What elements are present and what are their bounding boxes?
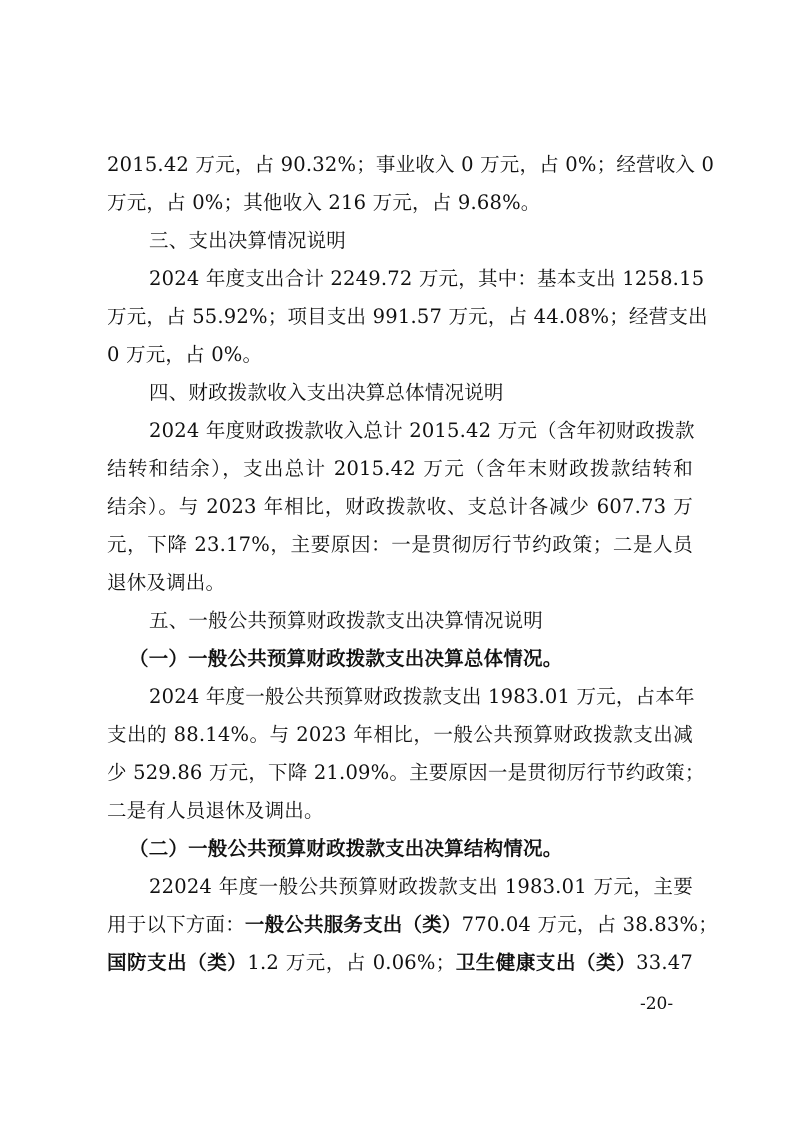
section-heading-5: 五、一般公共预算财政拨款支出决算情况说明 [149, 602, 693, 640]
paragraph-line: 结转和结余），支出总计 2015.42 万元（含年末财政拨款结转和 [107, 450, 693, 488]
paragraph-line-mixed: 用于以下方面：一般公共服务支出（类）770.04 万元，占 38.83%； [107, 906, 693, 944]
text-plain: 33.47 [636, 951, 693, 974]
paragraph-line-mixed: 国防支出（类）1.2 万元，占 0.06%；卫生健康支出（类）33.47 [107, 944, 693, 982]
document-page: 2015.42 万元，占 90.32%；事业收入 0 万元，占 0%；经营收入 … [0, 0, 793, 1122]
paragraph-line: 万元，占 55.92%；项目支出 991.57 万元，占 44.08%；经营支出 [107, 298, 693, 336]
category-general-public-services: 一般公共服务支出（类） [245, 913, 462, 936]
paragraph-line: 万元，占 0%；其他收入 216 万元，占 9.68%。 [107, 184, 693, 222]
paragraph-line: 元，下降 23.17%，主要原因：一是贯彻厉行节约政策；二是人员 [107, 526, 693, 564]
paragraph-line: 0 万元，占 0%。 [107, 336, 693, 374]
category-health: 卫生健康支出（类） [455, 951, 636, 974]
paragraph-line: 支出的 88.14%。与 2023 年相比，一般公共预算财政拨款支出减 [107, 716, 693, 754]
paragraph-line: 结余）。与 2023 年相比，财政拨款收、支总计各减少 607.73 万 [107, 488, 693, 526]
section-heading-4: 四、财政拨款收入支出决算总体情况说明 [149, 374, 693, 412]
text-plain: 用于以下方面： [107, 913, 245, 936]
section-heading-3: 三、支出决算情况说明 [149, 222, 693, 260]
paragraph-line: 2024 年度支出合计 2249.72 万元，其中：基本支出 1258.15 [149, 260, 693, 298]
text-plain: 1.2 万元，占 0.06%； [247, 951, 455, 974]
page-number: -20- [640, 992, 673, 1016]
subsection-heading-2: （二）一般公共预算财政拨款支出决算结构情况。 [129, 830, 693, 868]
paragraph-line: 退休及调出。 [107, 564, 693, 602]
subsection-heading-1: （一）一般公共预算财政拨款支出决算总体情况。 [129, 640, 693, 678]
paragraph-line: 22024 年度一般公共预算财政拨款支出 1983.01 万元，主要 [149, 868, 693, 906]
paragraph-line: 2024 年度财政拨款收入总计 2015.42 万元（含年初财政拨款 [149, 412, 693, 450]
paragraph-line: 二是有人员退休及调出。 [107, 792, 693, 830]
paragraph-line: 2015.42 万元，占 90.32%；事业收入 0 万元，占 0%；经营收入 … [107, 146, 693, 184]
paragraph-line: 少 529.86 万元，下降 21.09%。主要原因一是贯彻厉行节约政策； [107, 754, 693, 792]
text-plain: 770.04 万元，占 38.83%； [462, 913, 718, 936]
category-national-defense: 国防支出（类） [107, 951, 247, 974]
paragraph-line: 2024 年度一般公共预算财政拨款支出 1983.01 万元，占本年 [149, 678, 693, 716]
